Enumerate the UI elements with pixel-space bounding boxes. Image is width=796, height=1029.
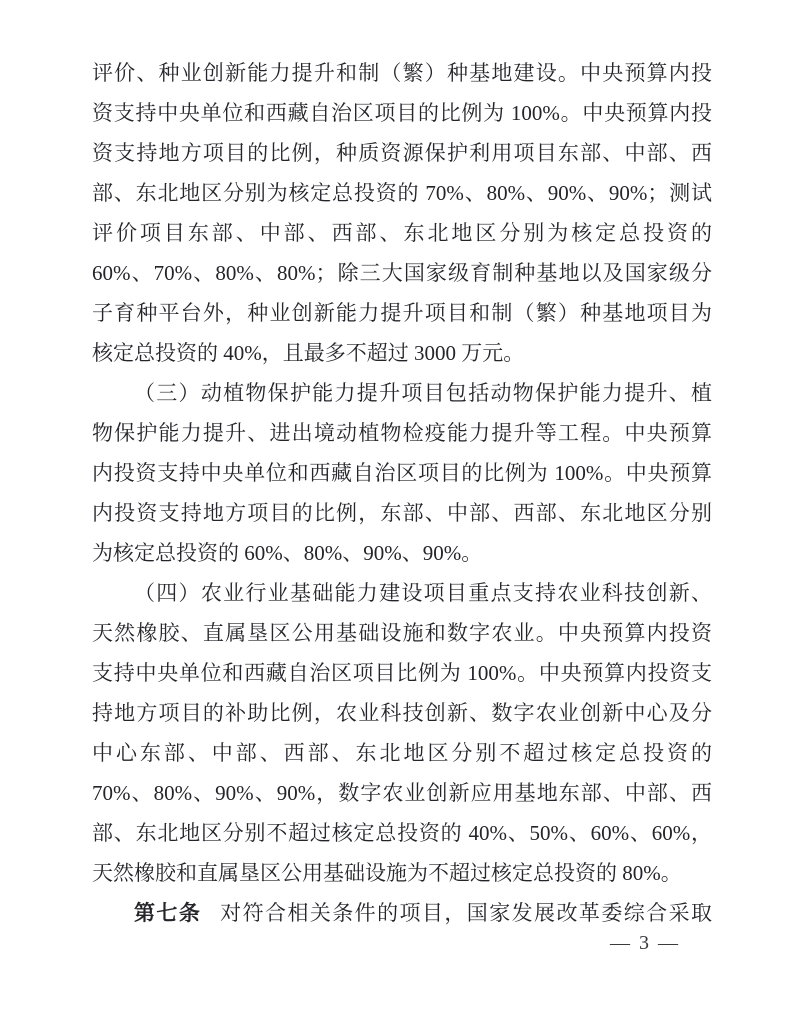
article-7-text: 对符合相关条件的项目，国家发展改革委综合采取	[220, 901, 712, 925]
text-line: 为核定总投资的 60%、80%、90%、90%。	[92, 533, 712, 573]
text-line: 物保护能力提升、进出境动植物检疫能力提升等工程。中央预算	[92, 413, 712, 453]
text-line: 子育种平台外，种业创新能力提升项目和制（繁）种基地项目为	[92, 293, 712, 333]
text-line: 支持中央单位和西藏自治区项目比例为 100%。中央预算内投资支	[92, 653, 712, 693]
text-line: 天然橡胶和直属垦区公用基础设施为不超过核定总投资的 80%。	[92, 853, 712, 893]
text-line-article-7: 第七条对符合相关条件的项目，国家发展改革委综合采取	[92, 893, 712, 933]
text-line: 资支持地方项目的比例，种质资源保护利用项目东部、中部、西	[92, 133, 712, 173]
text-line: 60%、70%、80%、80%；除三大国家级育制种基地以及国家级分	[92, 253, 712, 293]
text-line: 内投资支持地方项目的比例，东部、中部、西部、东北地区分别	[92, 493, 712, 533]
text-line: 中心东部、中部、西部、东北地区分别不超过核定总投资的	[92, 733, 712, 773]
text-line-item-3-start: （三）动植物保护能力提升项目包括动物保护能力提升、植	[92, 373, 712, 413]
text-line: 70%、80%、90%、90%，数字农业创新应用基地东部、中部、西	[92, 773, 712, 813]
text-line-item-4-start: （四）农业行业基础能力建设项目重点支持农业科技创新、	[92, 573, 712, 613]
page-number: — 3 —	[610, 929, 680, 957]
text-line: 核定总投资的 40%，且最多不超过 3000 万元。	[92, 333, 712, 373]
text-line: 天然橡胶、直属垦区公用基础设施和数字农业。中央预算内投资	[92, 613, 712, 653]
text-line: 部、东北地区分别不超过核定总投资的 40%、50%、60%、60%，	[92, 813, 712, 853]
text-line: 评价项目东部、中部、西部、东北地区分别为核定总投资的	[92, 213, 712, 253]
document-body: 评价、种业创新能力提升和制（繁）种基地建设。中央预算内投 资支持中央单位和西藏自…	[92, 53, 712, 933]
document-page: 评价、种业创新能力提升和制（繁）种基地建设。中央预算内投 资支持中央单位和西藏自…	[0, 0, 796, 1029]
text-line: 评价、种业创新能力提升和制（繁）种基地建设。中央预算内投	[92, 53, 712, 93]
text-line: 持地方项目的补助比例，农业科技创新、数字农业创新中心及分	[92, 693, 712, 733]
text-line: 资支持中央单位和西藏自治区项目的比例为 100%。中央预算内投	[92, 93, 712, 133]
article-7-number: 第七条	[134, 901, 201, 925]
text-line: 内投资支持中央单位和西藏自治区项目的比例为 100%。中央预算	[92, 453, 712, 493]
text-line: 部、东北地区分别为核定总投资的 70%、80%、90%、90%；测试	[92, 173, 712, 213]
